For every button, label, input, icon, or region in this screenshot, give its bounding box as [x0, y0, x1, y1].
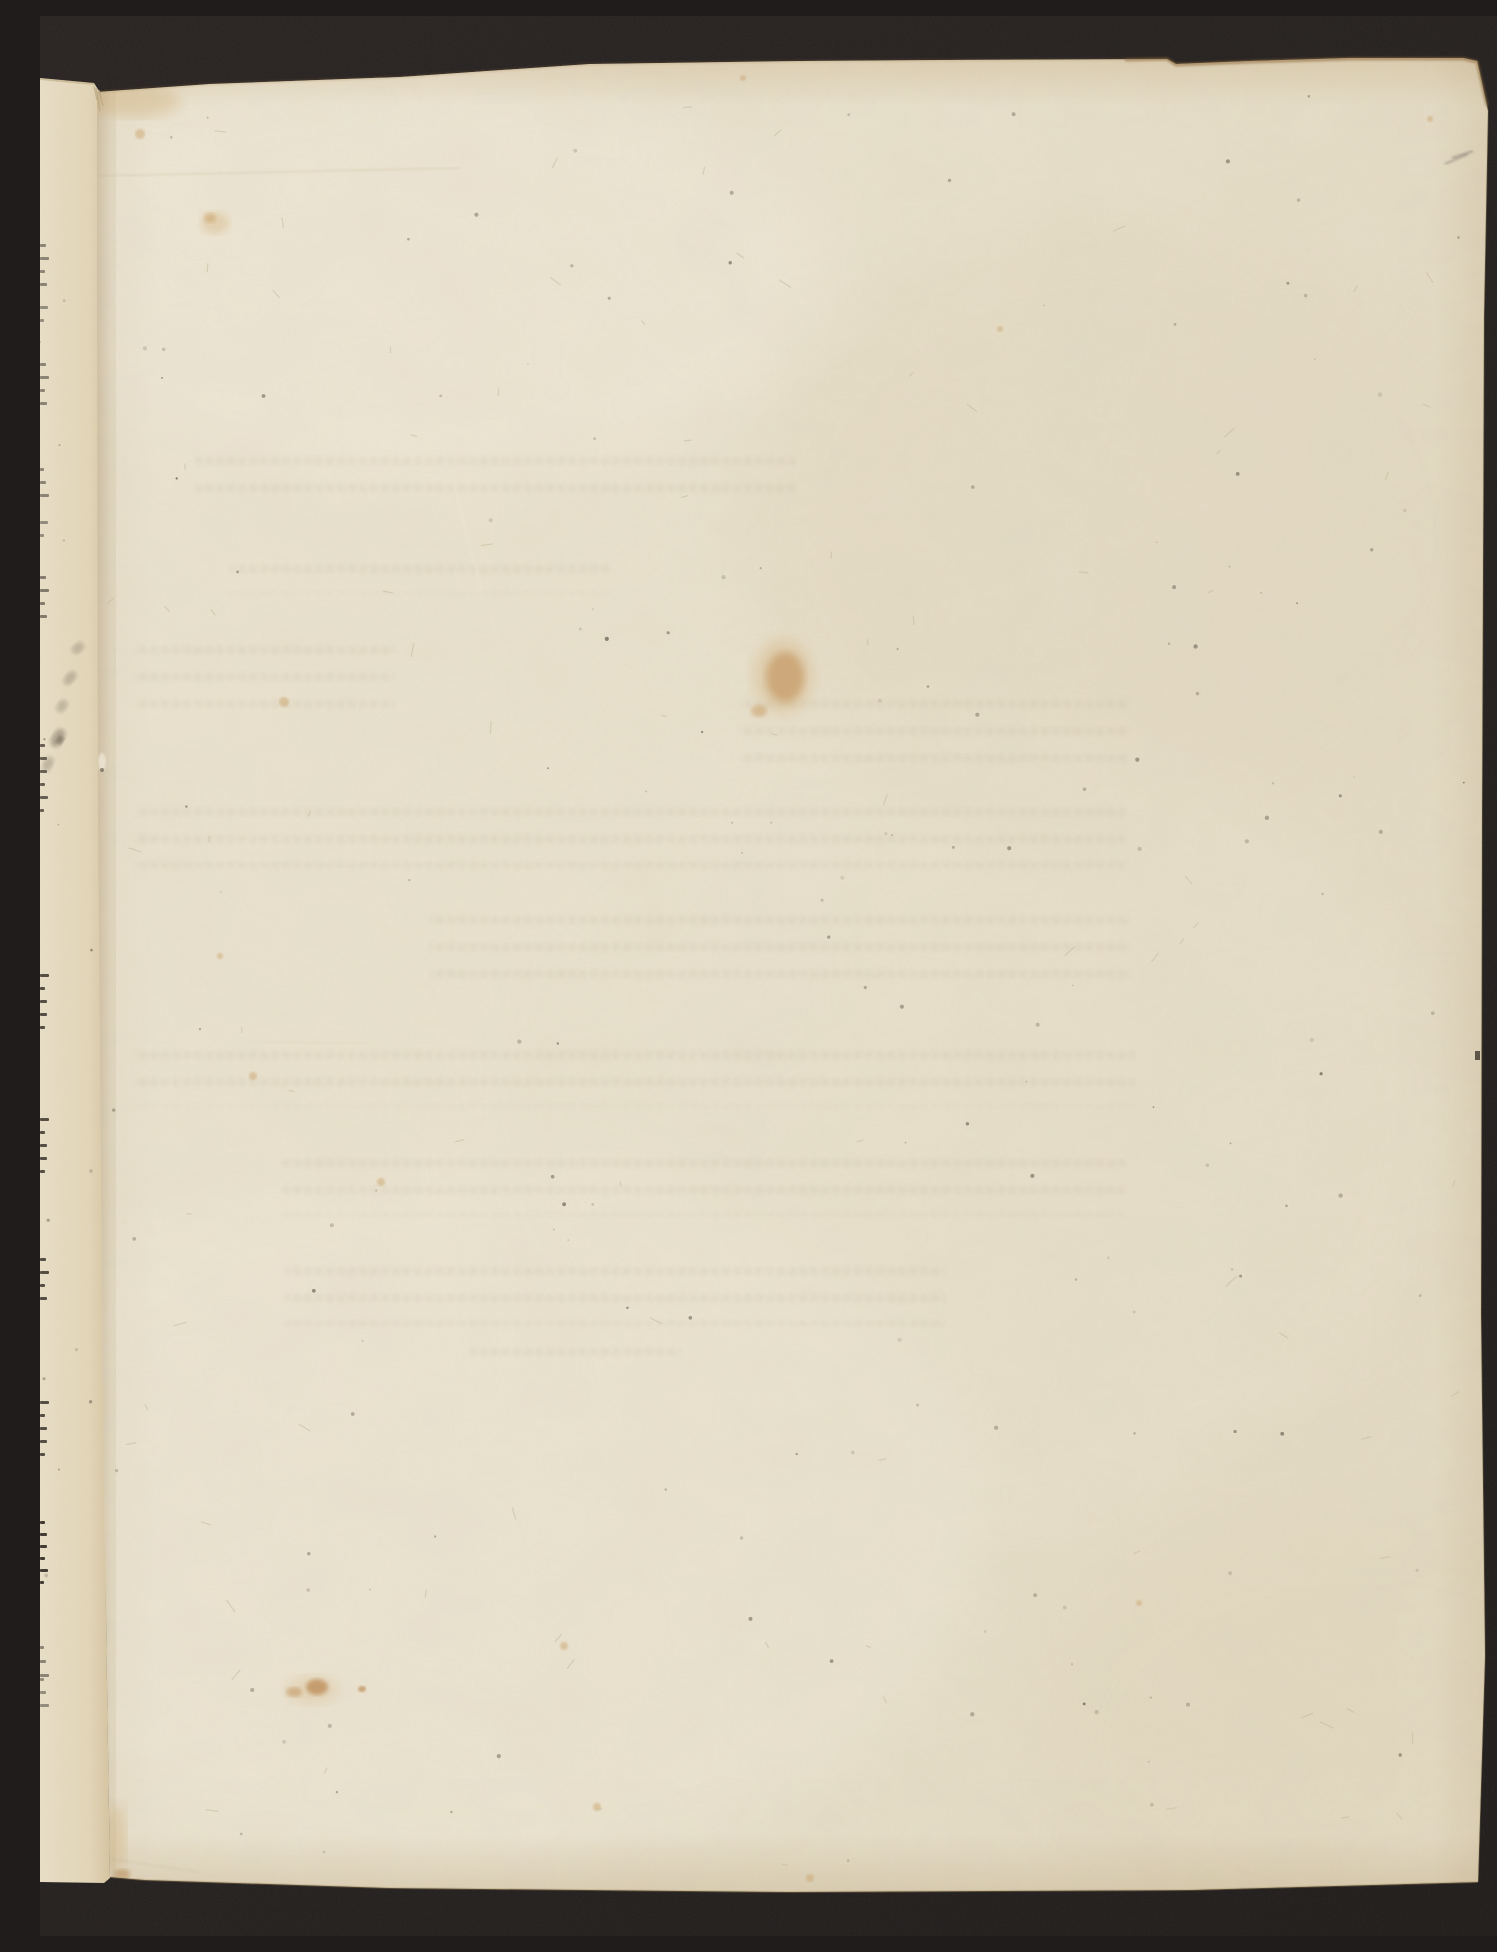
book-scan-photo: Scanned opening of an antique book: a bl… — [40, 16, 1497, 1936]
book-scan-canvas — [40, 16, 1497, 1936]
photo-grain — [40, 16, 1497, 1936]
